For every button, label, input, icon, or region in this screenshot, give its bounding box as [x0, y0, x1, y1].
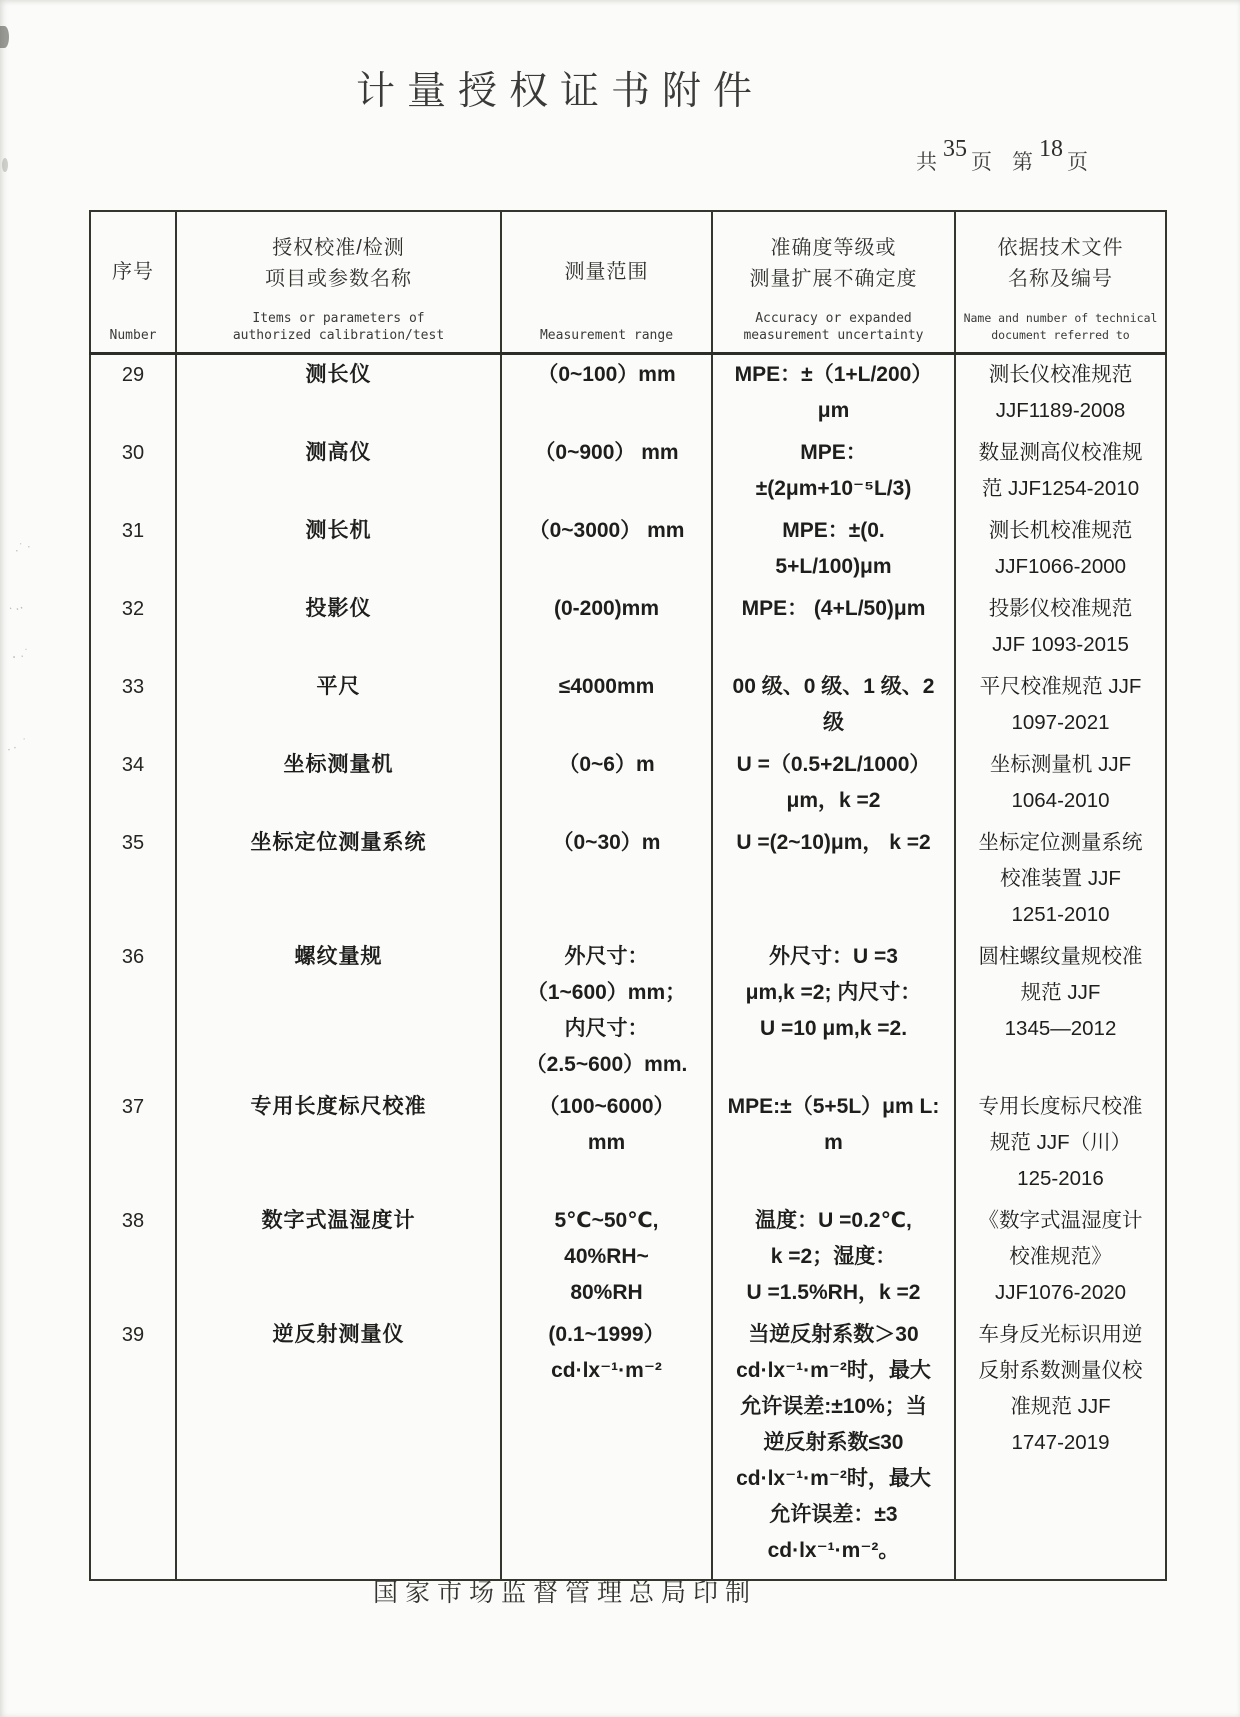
scan-smudge: ·‥: [6, 596, 27, 616]
cell-range-text: （0~3000） mm: [504, 513, 709, 549]
cell-accuracy-text: 00 级、0 级、1 级、2 级: [715, 669, 952, 741]
cell-range: （0~30）m: [501, 823, 712, 937]
cell-document: 坐标测量机 JJF 1064-2010: [955, 745, 1166, 823]
cell-range-text: （0~30）m: [504, 825, 709, 861]
cell-number: 37: [90, 1087, 176, 1201]
cell-item: 投影仪: [176, 589, 501, 667]
cell-document-text: 投影仪校准规范 JJF 1093-2015: [958, 591, 1163, 663]
pagination-page-suffix: 页: [1067, 150, 1090, 174]
cell-number: 29: [90, 354, 176, 434]
cell-accuracy: MPE：±(0. 5+L/100)μm: [712, 511, 955, 589]
table-row: 35坐标定位测量系统（0~30）mU =(2~10)μm， k =2坐标定位测量…: [90, 823, 1166, 937]
header-document: 依据技术文件 名称及编号 Name and number of technica…: [955, 211, 1166, 354]
cell-item-text: 平尺: [179, 669, 498, 705]
cell-item: 测长仪: [176, 354, 501, 434]
cell-document-text: 测长机校准规范 JJF1066-2000: [958, 513, 1163, 585]
cell-number: 33: [90, 667, 176, 745]
table-row: 31测长机（0~3000） mmMPE：±(0. 5+L/100)μm测长机校准…: [90, 511, 1166, 589]
header-accuracy-zh: 准确度等级或 测量扩展不确定度: [715, 218, 952, 310]
cell-number-text: 29: [93, 357, 173, 393]
header-range: 测量范围 Measurement range: [501, 211, 712, 354]
cell-accuracy: MPE：±（1+L/200） μm: [712, 354, 955, 434]
cell-item: 逆反射测量仪: [176, 1315, 501, 1573]
cell-number-text: 32: [93, 591, 173, 627]
header-item: 授权校准/检测 项目或参数名称 Items or parameters of a…: [176, 211, 501, 354]
cell-range: （100~6000） mm: [501, 1087, 712, 1201]
cell-number: 30: [90, 433, 176, 511]
cell-number: 32: [90, 589, 176, 667]
cell-accuracy: 温度：U =0.2℃, k =2；湿度： U =1.5%RH，k =2: [712, 1201, 955, 1315]
cell-accuracy-text: 当逆反射系数＞30 cd·lx⁻¹·m⁻²时，最大 允许误差:±10%；当 逆反…: [715, 1317, 952, 1569]
cell-document: 测长机校准规范 JJF1066-2000: [955, 511, 1166, 589]
cell-item-text: 逆反射测量仪: [179, 1317, 498, 1353]
cell-item: 螺纹量规: [176, 937, 501, 1087]
pagination-pages-label: 页: [971, 150, 994, 174]
pagination-page-prefix: 第: [1012, 150, 1035, 174]
header-accuracy-en: Accuracy or expanded measurement uncerta…: [715, 310, 952, 346]
cell-document-text: 平尺校准规范 JJF 1097-2021: [958, 669, 1163, 741]
table-row: 30测高仪（0~900） mmMPE： ±(2μm+10⁻⁵L/3)数显测高仪校…: [90, 433, 1166, 511]
cell-item-text: 数字式温湿度计: [179, 1203, 498, 1239]
table-row: 32投影仪(0-200)mmMPE： (4+L/50)μm投影仪校准规范 JJF…: [90, 589, 1166, 667]
cell-item: 数字式温湿度计: [176, 1201, 501, 1315]
cell-item-text: 螺纹量规: [179, 939, 498, 975]
cell-accuracy: U =（0.5+2L/1000） μm，k =2: [712, 745, 955, 823]
cell-document: 车身反光标识用逆 反射系数测量仪校 准规范 JJF 1747-2019: [955, 1315, 1166, 1573]
table-header: 序号 Number 授权校准/检测 项目或参数名称 Items or param…: [90, 211, 1166, 354]
pagination-total-prefix: 共: [916, 150, 939, 174]
header-item-en: Items or parameters of authorized calibr…: [179, 310, 498, 346]
cell-number-text: 34: [93, 747, 173, 783]
cell-range-text: (0.1~1999） cd·lx⁻¹·m⁻²: [504, 1317, 709, 1389]
cell-document-text: 《数字式温湿度计 校准规范》 JJF1076-2020: [958, 1203, 1163, 1311]
cell-accuracy: MPE： (4+L/50)μm: [712, 589, 955, 667]
cell-range-text: 5℃~50℃, 40%RH~ 80%RH: [504, 1203, 709, 1311]
cell-range: 外尺寸： （1~600）mm； 内尺寸： （2.5~600）mm.: [501, 937, 712, 1087]
cell-document: 《数字式温湿度计 校准规范》 JJF1076-2020: [955, 1201, 1166, 1315]
table-row: 38数字式温湿度计5℃~50℃, 40%RH~ 80%RH温度：U =0.2℃,…: [90, 1201, 1166, 1315]
cell-range: （0~900） mm: [501, 433, 712, 511]
cell-document: 圆柱螺纹量规校准 规范 JJF 1345—2012: [955, 937, 1166, 1087]
cell-item: 平尺: [176, 667, 501, 745]
page-footer: 国家市场监督管理总局印制: [0, 1573, 1240, 1609]
cell-range: ≤4000mm: [501, 667, 712, 745]
cell-accuracy: 当逆反射系数＞30 cd·lx⁻¹·m⁻²时，最大 允许误差:±10%；当 逆反…: [712, 1315, 955, 1573]
cell-number: 38: [90, 1201, 176, 1315]
cell-document: 坐标定位测量系统 校准装置 JJF 1251-2010: [955, 823, 1166, 937]
cell-item-text: 坐标定位测量系统: [179, 825, 498, 861]
cell-range-text: ≤4000mm: [504, 669, 709, 705]
cell-range: 5℃~50℃, 40%RH~ 80%RH: [501, 1201, 712, 1315]
cell-number-text: 30: [93, 435, 173, 471]
header-document-zh: 依据技术文件 名称及编号: [958, 218, 1163, 310]
cell-number-text: 39: [93, 1317, 173, 1353]
cell-document: 投影仪校准规范 JJF 1093-2015: [955, 589, 1166, 667]
cell-item-text: 专用长度标尺校准: [179, 1089, 498, 1125]
cell-document-text: 数显测高仪校准规 范 JJF1254-2010: [958, 435, 1163, 507]
cell-item-text: 坐标测量机: [179, 747, 498, 783]
cell-accuracy-text: MPE： (4+L/50)μm: [715, 591, 952, 627]
cell-accuracy-text: 外尺寸：U =3 μm,k =2; 内尺寸： U =10 μm,k =2.: [715, 939, 952, 1047]
header-accuracy: 准确度等级或 测量扩展不确定度 Accuracy or expanded mea…: [712, 211, 955, 354]
table-row: 29测长仪（0~100）mmMPE：±（1+L/200） μm测长仪校准规范 J…: [90, 354, 1166, 434]
cell-accuracy-text: MPE:±（5+5L）μm L: m: [715, 1089, 952, 1161]
cell-range: （0~100）mm: [501, 354, 712, 434]
cell-number: 31: [90, 511, 176, 589]
cell-number-text: 37: [93, 1089, 173, 1125]
cell-item-text: 投影仪: [179, 591, 498, 627]
cell-number-text: 35: [93, 825, 173, 861]
cell-range: （0~6）m: [501, 745, 712, 823]
cell-range-text: （0~6）m: [504, 747, 709, 783]
cell-accuracy-text: U =（0.5+2L/1000） μm，k =2: [715, 747, 952, 819]
table-row: 37专用长度标尺校准（100~6000） mmMPE:±（5+5L）μm L: …: [90, 1087, 1166, 1201]
cell-document-text: 圆柱螺纹量规校准 规范 JJF 1345—2012: [958, 939, 1163, 1047]
scan-smudge: ·˙·: [12, 537, 35, 557]
cell-accuracy: 外尺寸：U =3 μm,k =2; 内尺寸： U =10 μm,k =2.: [712, 937, 955, 1087]
cell-range: (0-200)mm: [501, 589, 712, 667]
cell-document-text: 车身反光标识用逆 反射系数测量仪校 准规范 JJF 1747-2019: [958, 1317, 1163, 1461]
cell-item-text: 测长仪: [179, 357, 498, 393]
header-document-en: Name and number of technical document re…: [958, 310, 1163, 346]
calibration-table-container: 序号 Number 授权校准/检测 项目或参数名称 Items or param…: [89, 210, 1167, 1581]
cell-item: 坐标定位测量系统: [176, 823, 501, 937]
cell-range-text: （0~900） mm: [504, 435, 709, 471]
cell-accuracy: 00 级、0 级、1 级、2 级: [712, 667, 955, 745]
page-title: 计量授权证书附件: [0, 60, 1240, 116]
header-number-zh: 序号: [93, 218, 173, 327]
cell-item: 专用长度标尺校准: [176, 1087, 501, 1201]
cell-range-text: （0~100）mm: [504, 357, 709, 393]
cell-number-text: 31: [93, 513, 173, 549]
header-range-zh: 测量范围: [504, 218, 709, 327]
table-row: 33平尺≤4000mm00 级、0 级、1 级、2 级平尺校准规范 JJF 10…: [90, 667, 1166, 745]
cell-accuracy-text: MPE：±（1+L/200） μm: [715, 357, 952, 429]
cell-accuracy-text: MPE：±(0. 5+L/100)μm: [715, 513, 952, 585]
cell-document: 平尺校准规范 JJF 1097-2021: [955, 667, 1166, 745]
cell-document: 测长仪校准规范 JJF1189-2008: [955, 354, 1166, 434]
scan-smudge: ·· ˙: [4, 735, 32, 757]
cell-range: (0.1~1999） cd·lx⁻¹·m⁻²: [501, 1315, 712, 1573]
current-page-value: 18: [1039, 136, 1063, 163]
cell-number: 34: [90, 745, 176, 823]
cell-accuracy-text: 温度：U =0.2℃, k =2；湿度： U =1.5%RH，k =2: [715, 1203, 952, 1311]
cell-document-text: 测长仪校准规范 JJF1189-2008: [958, 357, 1163, 429]
header-number: 序号 Number: [90, 211, 176, 354]
cell-accuracy-text: U =(2~10)μm， k =2: [715, 825, 952, 861]
header-item-zh: 授权校准/检测 项目或参数名称: [179, 218, 498, 310]
cell-range-text: (0-200)mm: [504, 591, 709, 627]
cell-item-text: 测长机: [179, 513, 498, 549]
cell-document-text: 专用长度标尺校准 规范 JJF（川） 125-2016: [958, 1089, 1163, 1197]
table-body: 29测长仪（0~100）mmMPE：±（1+L/200） μm测长仪校准规范 J…: [90, 354, 1166, 1581]
cell-item: 测高仪: [176, 433, 501, 511]
cell-number: 36: [90, 937, 176, 1087]
cell-range: （0~3000） mm: [501, 511, 712, 589]
cell-item: 测长机: [176, 511, 501, 589]
cell-document: 专用长度标尺校准 规范 JJF（川） 125-2016: [955, 1087, 1166, 1201]
cell-item: 坐标测量机: [176, 745, 501, 823]
cell-document: 数显测高仪校准规 范 JJF1254-2010: [955, 433, 1166, 511]
cell-range-text: 外尺寸： （1~600）mm； 内尺寸： （2.5~600）mm.: [504, 939, 709, 1083]
cell-document-text: 坐标测量机 JJF 1064-2010: [958, 747, 1163, 819]
scan-edge-speck: [2, 158, 8, 172]
cell-number: 35: [90, 823, 176, 937]
header-number-en: Number: [93, 327, 173, 346]
table-row: 36螺纹量规外尺寸： （1~600）mm； 内尺寸： （2.5~600）mm.外…: [90, 937, 1166, 1087]
cell-accuracy: MPE： ±(2μm+10⁻⁵L/3): [712, 433, 955, 511]
scan-corner-mark: [0, 26, 9, 48]
cell-accuracy: MPE:±（5+5L）μm L: m: [712, 1087, 955, 1201]
cell-document-text: 坐标定位测量系统 校准装置 JJF 1251-2010: [958, 825, 1163, 933]
table-row: 34坐标测量机（0~6）mU =（0.5+2L/1000） μm，k =2坐标测…: [90, 745, 1166, 823]
total-pages-value: 35: [943, 136, 967, 163]
calibration-table: 序号 Number 授权校准/检测 项目或参数名称 Items or param…: [89, 210, 1167, 1581]
header-range-en: Measurement range: [504, 327, 709, 346]
table-row: 39逆反射测量仪(0.1~1999） cd·lx⁻¹·m⁻²当逆反射系数＞30 …: [90, 1315, 1166, 1573]
cell-number-text: 33: [93, 669, 173, 705]
cell-accuracy: U =(2~10)μm， k =2: [712, 823, 955, 937]
cell-number: 39: [90, 1315, 176, 1573]
cell-number-text: 36: [93, 939, 173, 975]
cell-number-text: 38: [93, 1203, 173, 1239]
cell-item-text: 测高仪: [179, 435, 498, 471]
cell-range-text: （100~6000） mm: [504, 1089, 709, 1161]
cell-accuracy-text: MPE： ±(2μm+10⁻⁵L/3): [715, 435, 952, 507]
scan-smudge: ᛫·˙: [8, 645, 34, 666]
page-number-line: 共35页第18页: [916, 146, 1090, 176]
